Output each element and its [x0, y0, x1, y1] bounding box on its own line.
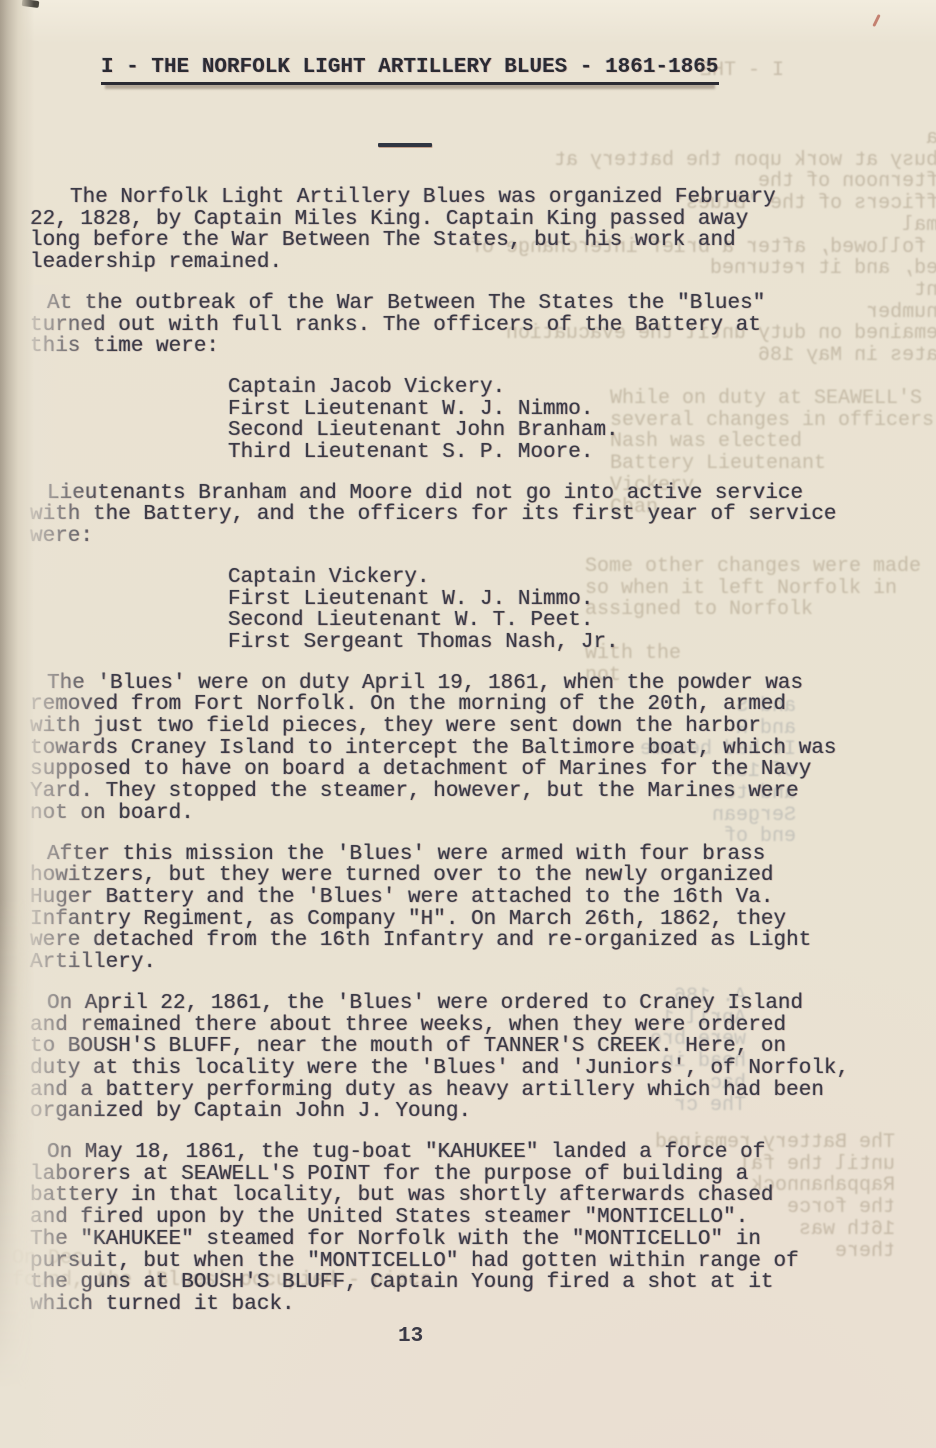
paragraph: On April 22, 1861, the 'Blues' were orde…: [30, 993, 890, 1123]
officer-list: Captain Jacob Vickery.First Lieutenant W…: [228, 377, 890, 464]
officer-entry: Third Lieutenant S. P. Moore.: [228, 442, 890, 464]
text-line: The Norfolk Light Artillery Blues was or…: [30, 187, 890, 209]
text-line: The "KAHUKEE" steamed for Norfolk with t…: [30, 1229, 890, 1251]
text-line: 22, 1828, by Captain Miles King. Captain…: [30, 209, 890, 231]
text-line: turned out with full ranks. The officers…: [30, 315, 890, 337]
page-number: 13: [398, 1325, 423, 1348]
text-line: to BOUSH'S BLUFF, near the mouth of TANN…: [30, 1036, 890, 1058]
text-line: On May 18, 1861, the tug-boat "KAHUKEE" …: [30, 1142, 890, 1164]
text-line: On April 22, 1861, the 'Blues' were orde…: [30, 993, 890, 1015]
text-line: which turned it back.: [30, 1294, 890, 1316]
text-line: pursuit, but when the "MONTICELLO" had g…: [30, 1251, 890, 1273]
text-line: and remained there about three weeks, wh…: [30, 1015, 890, 1037]
officer-entry: Captain Jacob Vickery.: [228, 377, 890, 399]
officer-list: Captain Vickery.First Lieutenant W. J. N…: [228, 567, 890, 654]
text-line: not on board.: [30, 803, 890, 825]
paragraph: The 'Blues' were on duty April 19, 1861,…: [30, 673, 890, 825]
text-line: supposed to have on board a detachment o…: [30, 759, 890, 781]
officer-entry: First Lieutenant W. J. Nimmo.: [228, 399, 890, 421]
text-line: Artillery.: [30, 952, 890, 974]
text-line: Lieutenants Branham and Moore did not go…: [30, 483, 890, 505]
text-line: long before the War Between The States, …: [30, 230, 890, 252]
text-line: organized by Captain John J. Young.: [30, 1101, 890, 1123]
text-line: with just two field pieces, they were se…: [30, 716, 890, 738]
officer-entry: Second Lieutenant John Branham.: [228, 420, 890, 442]
section-divider: [378, 143, 432, 147]
paragraph: On May 18, 1861, the tug-boat "KAHUKEE" …: [30, 1142, 890, 1316]
officer-entry: First Sergeant Thomas Nash, Jr.: [228, 632, 890, 654]
paragraph: Lieutenants Branham and Moore did not go…: [30, 483, 890, 548]
text-line: Huger Battery and the 'Blues' were attac…: [30, 887, 890, 909]
officer-entry: Captain Vickery.: [228, 567, 890, 589]
text-line: The 'Blues' were on duty April 19, 1861,…: [30, 673, 890, 695]
paragraph: The Norfolk Light Artillery Blues was or…: [30, 187, 890, 274]
red-speck-mark: [872, 14, 880, 27]
ink-smudge-mark: [22, 0, 40, 8]
paragraph: After this mission the 'Blues' were arme…: [30, 844, 890, 974]
document-body: The Norfolk Light Artillery Blues was or…: [30, 187, 890, 1335]
text-line: were detached from the 16th Infantry and…: [30, 930, 890, 952]
page-title: I - THE NORFOLK LIGHT ARTILLERY BLUES - …: [101, 56, 719, 85]
text-line: laborers at SEAWELL'S POINT for the purp…: [30, 1164, 890, 1186]
scanned-document-page: I - THEthe Cawere busy at work upon the …: [0, 0, 936, 1448]
text-line: leadership remained.: [30, 252, 890, 274]
text-line: and fired upon by the United States stea…: [30, 1207, 890, 1229]
text-line: were:: [30, 526, 890, 548]
text-line: Infantry Regiment, as Company "H". On Ma…: [30, 909, 890, 931]
text-line: battery in that locality, but was shortl…: [30, 1185, 890, 1207]
binding-shadow: [0, 0, 34, 1448]
text-line: the guns at BOUSH'S BLUFF, Captain Young…: [30, 1272, 890, 1294]
text-line: After this mission the 'Blues' were arme…: [30, 844, 890, 866]
text-line: At the outbreak of the War Between The S…: [30, 293, 890, 315]
text-line: and a battery performing duty as heavy a…: [30, 1080, 890, 1102]
officer-entry: Second Lieutenant W. T. Peet.: [228, 610, 890, 632]
text-line: Yard. They stopped the steamer, however,…: [30, 781, 890, 803]
text-line: duty at this locality were the 'Blues' a…: [30, 1058, 890, 1080]
paragraph: At the outbreak of the War Between The S…: [30, 293, 890, 358]
text-line: this time were:: [30, 336, 890, 358]
text-line: removed from Fort Norfolk. On the mornin…: [30, 694, 890, 716]
text-line: towards Craney Island to intercept the B…: [30, 738, 890, 760]
officer-entry: First Lieutenant W. J. Nimmo.: [228, 589, 890, 611]
text-line: with the Battery, and the officers for i…: [30, 504, 890, 526]
text-line: howitzers, but they were turned over to …: [30, 865, 890, 887]
